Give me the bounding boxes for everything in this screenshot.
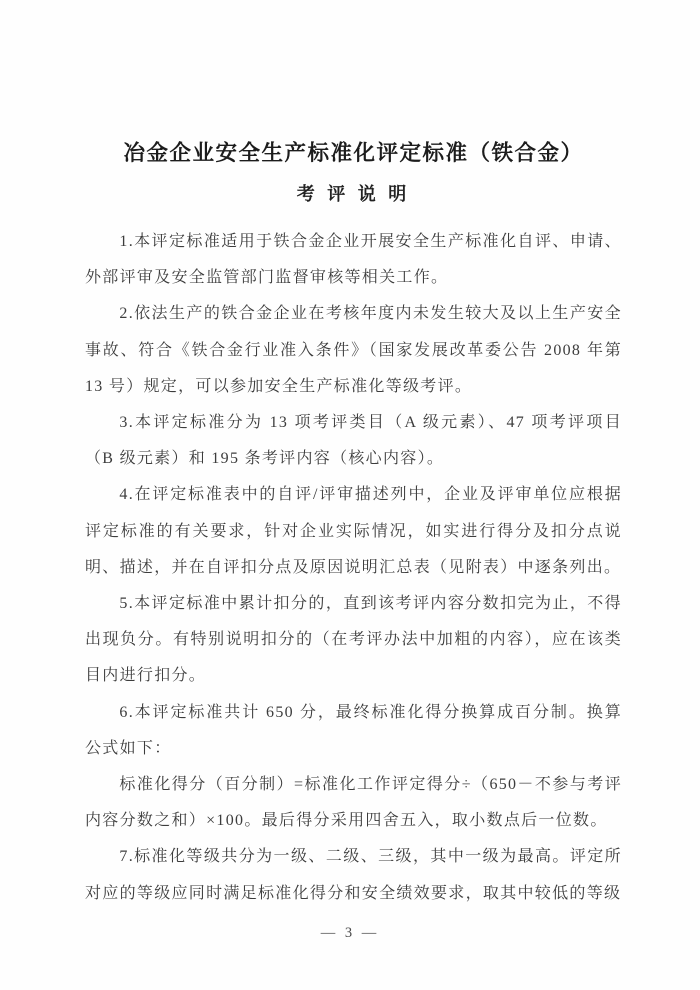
paragraph-formula: 标准化得分（百分制）=标准化工作评定得分÷（650－不参与考评内容分数之和）×1… <box>85 767 622 839</box>
paragraph-7: 7.标准化等级共分为一级、二级、三级，其中一级为最高。评定所对应的等级应同时满足… <box>85 839 622 911</box>
page-number: — 3 — <box>0 925 700 942</box>
section-heading: 考 评 说 明 <box>85 181 622 207</box>
paragraph-4: 4.在评定标准表中的自评/评审描述列中，企业及评审单位应根据评定标准的有关要求，… <box>85 477 622 586</box>
paragraph-2: 2.依法生产的铁合金企业在考核年度内未发生较大及以上生产安全事故、符合《铁合金行… <box>85 296 622 405</box>
paragraph-1: 1.本评定标准适用于铁合金企业开展安全生产标准化自评、申请、外部评审及安全监管部… <box>85 224 622 296</box>
document-content: 冶金企业安全生产标准化评定标准（铁合金） 考 评 说 明 1.本评定标准适用于铁… <box>85 138 622 912</box>
paragraph-6: 6.本评定标准共计 650 分，最终标准化得分换算成百分制。换算公式如下： <box>85 695 622 767</box>
document-page: 冶金企业安全生产标准化评定标准（铁合金） 考 评 说 明 1.本评定标准适用于铁… <box>0 0 700 990</box>
paragraph-3: 3.本评定标准分为 13 项考评类目（A 级元素）、47 项考评项目（B 级元素… <box>85 405 622 477</box>
document-title: 冶金企业安全生产标准化评定标准（铁合金） <box>85 138 622 168</box>
paragraph-5: 5.本评定标准中累计扣分的，直到该考评内容分数扣完为止，不得出现负分。有特别说明… <box>85 586 622 695</box>
